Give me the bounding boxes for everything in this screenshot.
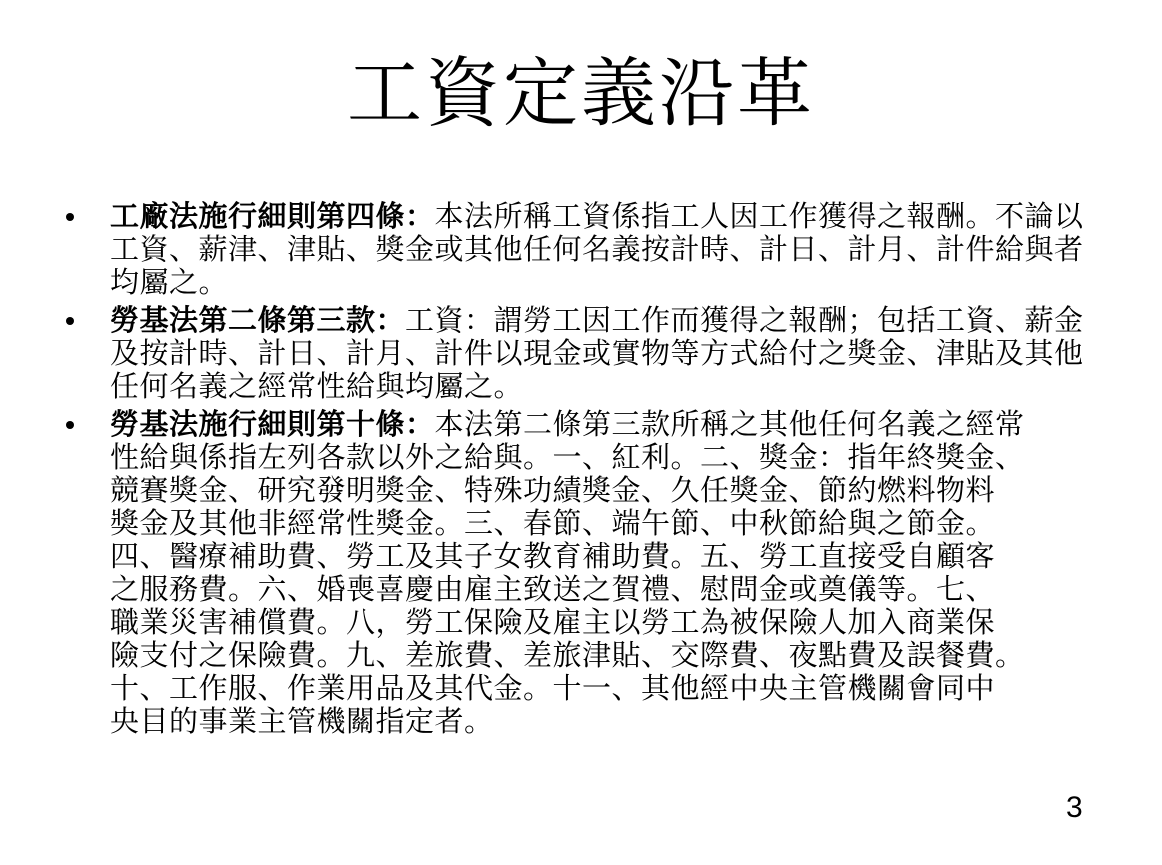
- bullet-line: 工資、薪津、津貼、獎金或其他任何名義按計時、計日、計月、計件給與者: [110, 234, 1084, 266]
- bullet-line: 本法第二條第三款所稱之其他任何名義之經常: [435, 409, 1025, 441]
- bullet-lead: 勞基法第二條第三款：: [110, 305, 405, 337]
- page-number: 3: [1066, 790, 1083, 826]
- bullet-line: 性給與係指左列各款以外之給與。一、紅利。二、獎金：指年終獎金、: [110, 442, 1025, 474]
- bullet-line: 競賽獎金、研究發明獎金、特殊功績獎金、久任獎金、節約燃料物料: [110, 475, 995, 507]
- bullet-line: 均屬之。: [110, 267, 228, 299]
- bullet-lead: 工廠法施行細則第四條：: [110, 201, 435, 233]
- bullet-line: 央目的事業主管機關指定者。: [110, 706, 494, 738]
- bullet-list: 工廠法施行細則第四條：本法所稱工資係指工人因工作獲得之報酬。不論以工資、薪津、津…: [64, 201, 1134, 744]
- bullet-line: 險支付之保險費。九、差旅費、差旅津貼、交際費、夜點費及誤餐費。: [110, 640, 1025, 672]
- bullet-line: 獎金及其他非經常性獎金。三、春節、端午節、中秋節給與之節金。: [110, 508, 995, 540]
- bullet-line: 及按計時、計日、計月、計件以現金或實物等方式給付之獎金、津貼及其他: [110, 338, 1084, 370]
- bullet-line: 職業災害補償費。八，勞工保險及雇主以勞工為被保險人加入商業保: [110, 607, 995, 639]
- bullet-line: 十、工作服、作業用品及其代金。十一、其他經中央主管機關會同中: [110, 673, 995, 705]
- bullet-line: 工資：謂勞工因工作而獲得之報酬；包括工資、薪金: [405, 305, 1084, 337]
- bullet-item: 工廠法施行細則第四條：本法所稱工資係指工人因工作獲得之報酬。不論以工資、薪津、津…: [64, 201, 1134, 300]
- bullet-line: 之服務費。六、婚喪喜慶由雇主致送之賀禮、慰問金或奠儀等。七、: [110, 574, 995, 606]
- bullet-item: 勞基法第二條第三款：工資：謂勞工因工作而獲得之報酬；包括工資、薪金及按計時、計日…: [64, 305, 1134, 404]
- bullet-lead: 勞基法施行細則第十條：: [110, 409, 435, 441]
- bullet-dot-icon: [66, 213, 74, 221]
- bullet-dot-icon: [66, 421, 74, 429]
- bullet-line: 任何名義之經常性給與均屬之。: [110, 371, 523, 403]
- bullet-line: 四、醫療補助費、勞工及其子女教育補助費。五、勞工直接受自顧客: [110, 541, 995, 573]
- bullet-line: 本法所稱工資係指工人因工作獲得之報酬。不論以: [435, 201, 1084, 233]
- slide-title: 工資定義沿革: [0, 52, 1162, 138]
- slide: 工資定義沿革 工廠法施行細則第四條：本法所稱工資係指工人因工作獲得之報酬。不論以…: [0, 0, 1162, 865]
- bullet-dot-icon: [66, 317, 74, 325]
- bullet-item: 勞基法施行細則第十條：本法第二條第三款所稱之其他任何名義之經常性給與係指左列各款…: [64, 409, 1134, 739]
